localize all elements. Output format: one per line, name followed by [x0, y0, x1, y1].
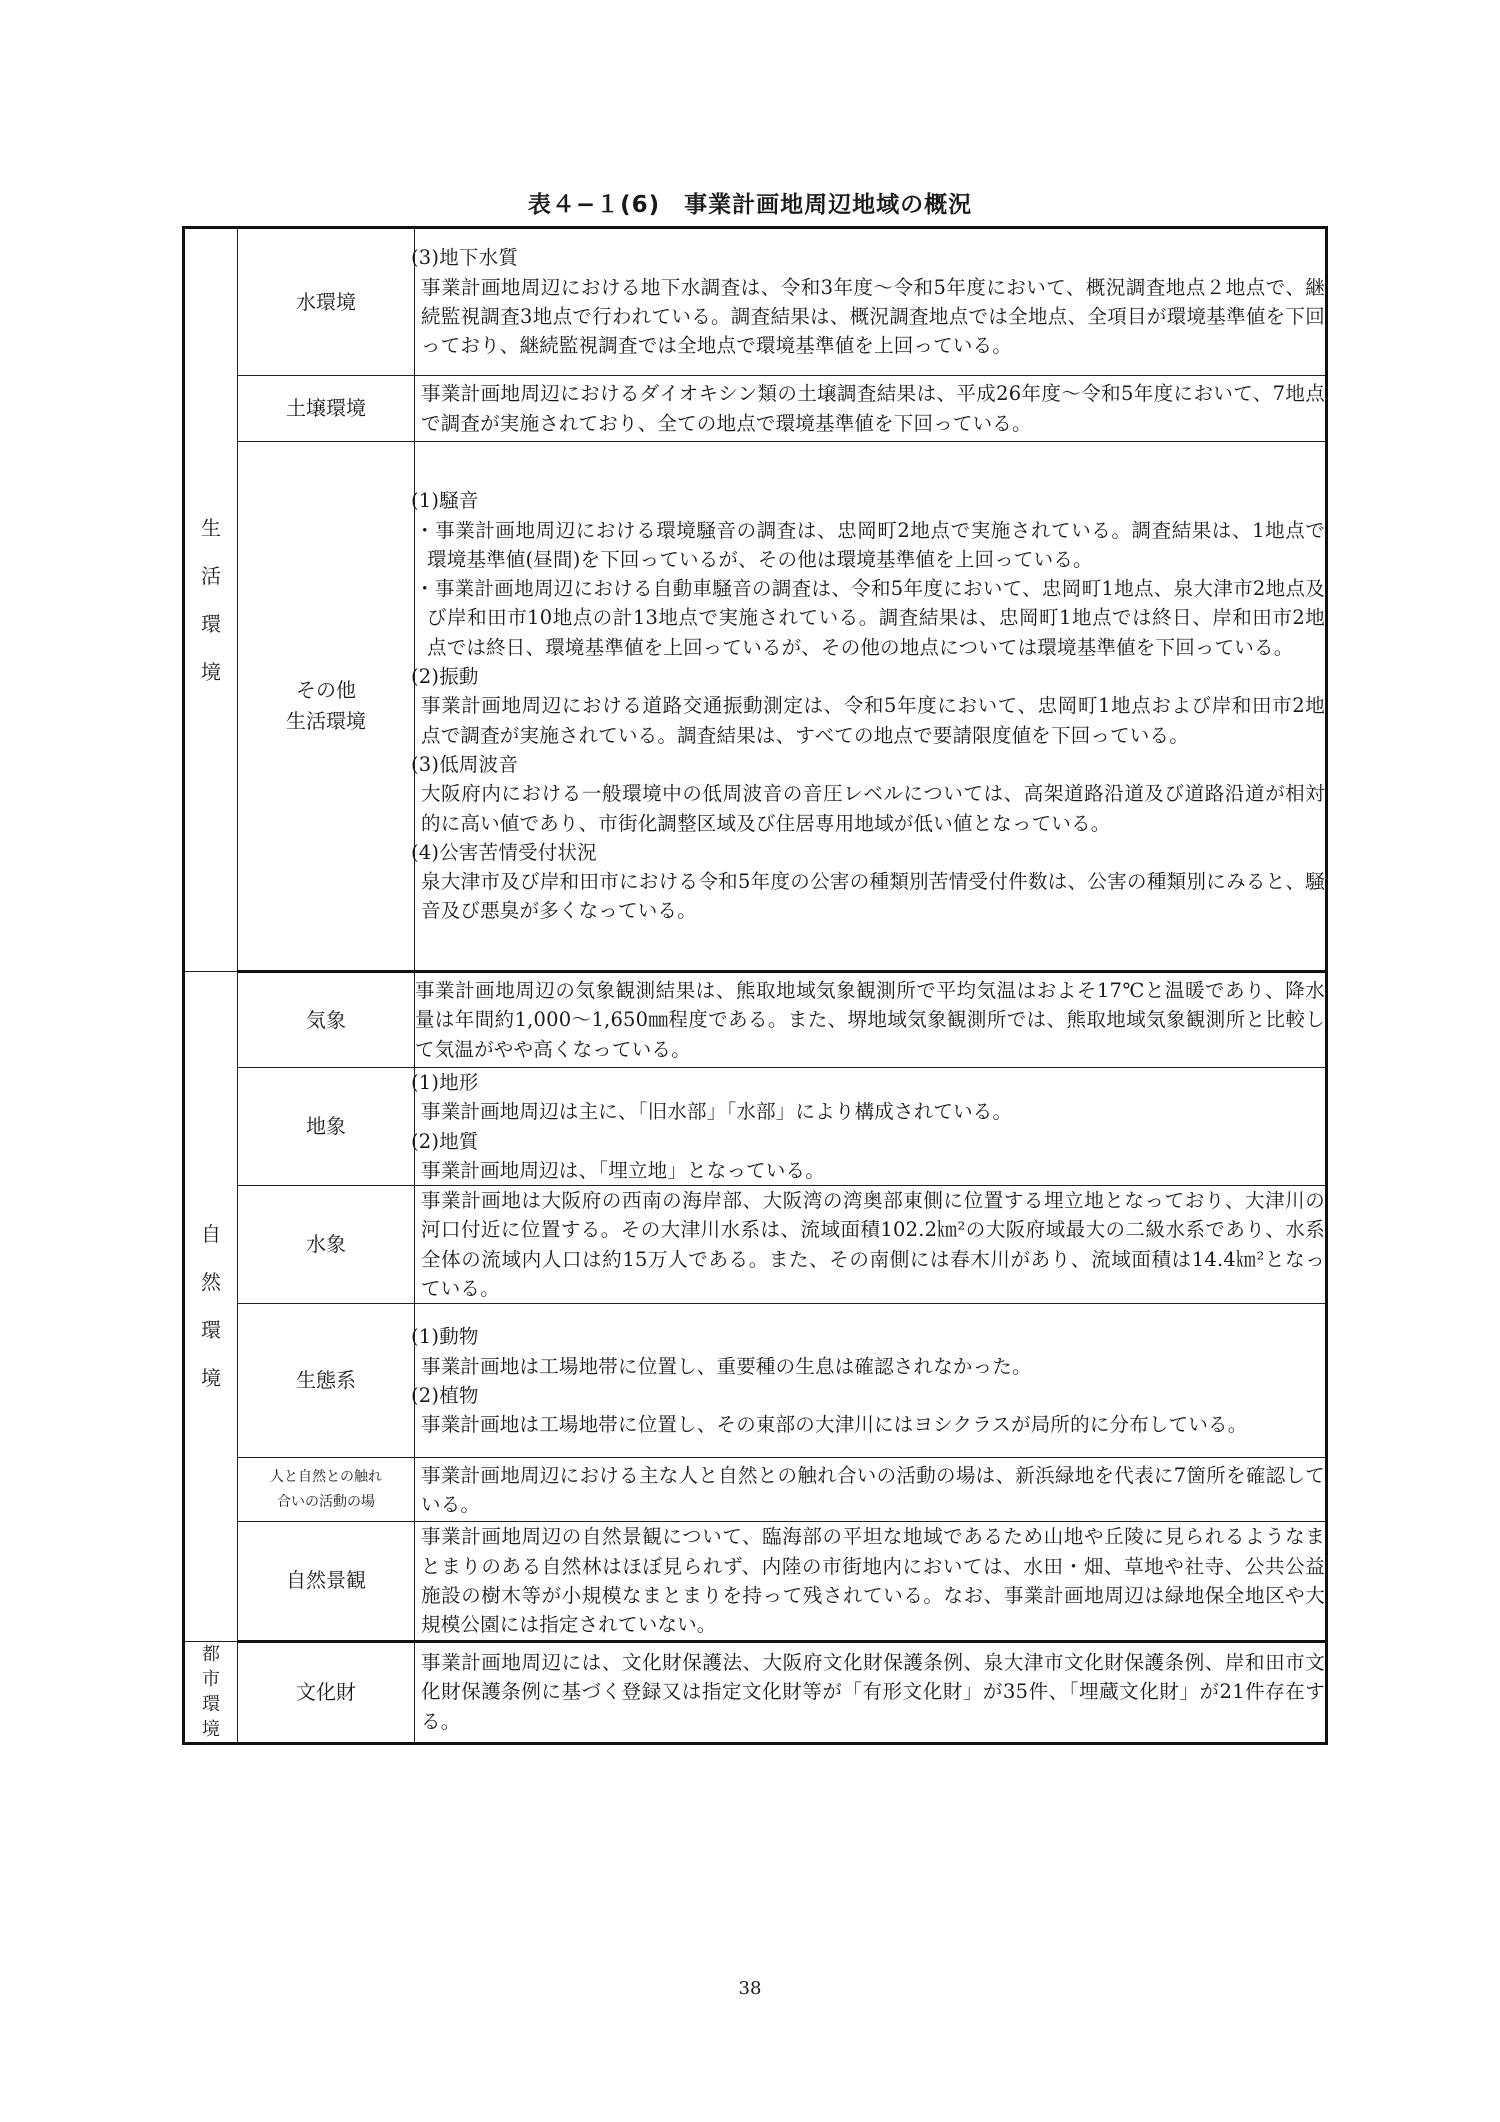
subject-natural-landscape: 自然景観: [238, 1522, 415, 1641]
content-natural-landscape: 事業計画地周辺の自然景観について、臨海部の平坦な地域であるため山地や丘陵に見られ…: [415, 1522, 1327, 1641]
category-char: 生: [185, 504, 237, 552]
category-char: 自: [185, 1210, 237, 1258]
paragraph: 事業計画地は工場地帯に位置し、重要種の生息は確認されなかった。: [415, 1352, 1325, 1381]
paragraph: 事業計画地は工場地帯に位置し、その東部の大津川にはヨシクラスが局所的に分布してい…: [415, 1410, 1325, 1439]
category-char: 境: [185, 1717, 237, 1742]
bullet-item: ・事業計画地周辺における環境騒音の調査は、忠岡町2地点で実施されている。調査結果…: [415, 516, 1325, 575]
table-row-soil-environment: 土壌環境 事業計画地周辺におけるダイオキシン類の土壌調査結果は、平成26年度〜令…: [184, 376, 1327, 442]
category-char: 活: [185, 552, 237, 600]
table-row-cultural-properties: 都 市 環 境 文化財 事業計画地周辺には、文化財保護法、大阪府文化財保護条例、…: [184, 1641, 1327, 1743]
paragraph: 事業計画地は大阪府の西南の海岸部、大阪湾の湾奥部東側に位置する埋立地となっており…: [415, 1186, 1325, 1303]
paragraph: 事業計画地周辺における地下水調査は、令和3年度〜令和5年度において、概況調査地点…: [415, 273, 1325, 361]
table-row-other-living-environment: その他 生活環境 (1)騒音 ・事業計画地周辺における環境騒音の調査は、忠岡町2…: [184, 442, 1327, 972]
table-row-geology: 地象 (1)地形 事業計画地周辺は主に、「旧水部」「水部」により構成されている。…: [184, 1068, 1327, 1186]
category-char: 都: [185, 1642, 237, 1667]
subject-cultural-properties: 文化財: [238, 1641, 415, 1743]
subject-hydrology: 水象: [238, 1186, 415, 1304]
section-heading: (2)地質: [411, 1127, 1325, 1156]
section-heading: (2)植物: [411, 1381, 1325, 1410]
category-living-environment: 生 活 環 境: [184, 228, 238, 972]
content-ecosystem: (1)動物 事業計画地は工場地帯に位置し、重要種の生息は確認されなかった。 (2…: [415, 1304, 1327, 1458]
paragraph: 事業計画地周辺における主な人と自然との触れ合いの活動の場は、新浜緑地を代表に7箇…: [415, 1461, 1325, 1520]
subject-other-living-environment: その他 生活環境: [238, 442, 415, 972]
content-water-environment: (3)地下水質 事業計画地周辺における地下水調査は、令和3年度〜令和5年度におい…: [415, 228, 1327, 376]
content-hydrology: 事業計画地は大阪府の西南の海岸部、大阪湾の湾奥部東側に位置する埋立地となっており…: [415, 1186, 1327, 1304]
section-heading: (1)地形: [411, 1068, 1325, 1097]
category-char: 境: [185, 648, 237, 696]
section-heading: (4)公害苦情受付状況: [411, 838, 1325, 867]
paragraph: 事業計画地周辺の気象観測結果は、熊取地域気象観測所で平均気温はおよそ17℃と温暖…: [415, 976, 1325, 1064]
category-natural-environment: 自 然 環 境: [184, 972, 238, 1642]
content-other-living-environment: (1)騒音 ・事業計画地周辺における環境騒音の調査は、忠岡町2地点で実施されてい…: [415, 442, 1327, 972]
content-geology: (1)地形 事業計画地周辺は主に、「旧水部」「水部」により構成されている。 (2…: [415, 1068, 1327, 1186]
section-heading: (3)低周波音: [411, 750, 1325, 779]
table-row-natural-landscape: 自然景観 事業計画地周辺の自然景観について、臨海部の平坦な地域であるため山地や丘…: [184, 1522, 1327, 1641]
category-char: 環: [185, 1306, 237, 1354]
subject-geology: 地象: [238, 1068, 415, 1186]
subject-line: 生活環境: [238, 706, 414, 737]
content-nature-interaction: 事業計画地周辺における主な人と自然との触れ合いの活動の場は、新浜緑地を代表に7箇…: [415, 1458, 1327, 1522]
paragraph: 事業計画地周辺は、「埋立地」となっている。: [415, 1156, 1325, 1185]
content-cultural-properties: 事業計画地周辺には、文化財保護法、大阪府文化財保護条例、泉大津市文化財保護条例、…: [415, 1641, 1327, 1743]
category-char: 境: [185, 1354, 237, 1402]
paragraph: 事業計画地周辺におけるダイオキシン類の土壌調査結果は、平成26年度〜令和5年度に…: [415, 379, 1325, 438]
paragraph: 大阪府内における一般環境中の低周波音の音圧レベルについては、高架道路沿道及び道路…: [415, 779, 1325, 838]
section-heading: (3)地下水質: [411, 243, 1325, 272]
content-weather: 事業計画地周辺の気象観測結果は、熊取地域気象観測所で平均気温はおよそ17℃と温暖…: [415, 972, 1327, 1068]
bullet-item: ・事業計画地周辺における自動車騒音の調査は、令和5年度において、忠岡町1地点、泉…: [415, 574, 1325, 662]
section-heading: (2)振動: [411, 662, 1325, 691]
subject-line: その他: [238, 675, 414, 706]
category-char: 然: [185, 1258, 237, 1306]
paragraph: 事業計画地周辺には、文化財保護法、大阪府文化財保護条例、泉大津市文化財保護条例、…: [415, 1648, 1325, 1736]
section-heading: (1)騒音: [411, 486, 1325, 515]
category-urban-environment: 都 市 環 境: [184, 1641, 238, 1743]
table-row-ecosystem: 生態系 (1)動物 事業計画地は工場地帯に位置し、重要種の生息は確認されなかった…: [184, 1304, 1327, 1458]
content-soil-environment: 事業計画地周辺におけるダイオキシン類の土壌調査結果は、平成26年度〜令和5年度に…: [415, 376, 1327, 442]
category-char: 環: [185, 600, 237, 648]
subject-nature-interaction: 人と自然との触れ 合いの活動の場: [238, 1458, 415, 1522]
subject-soil-environment: 土壌環境: [238, 376, 415, 442]
paragraph: 事業計画地周辺は主に、「旧水部」「水部」により構成されている。: [415, 1097, 1325, 1126]
overview-table: 生 活 環 境 水環境 (3)地下水質 事業計画地周辺における地下水調査は、令和…: [182, 226, 1328, 1745]
section-heading: (1)動物: [411, 1322, 1325, 1351]
paragraph: 事業計画地周辺の自然景観について、臨海部の平坦な地域であるため山地や丘陵に見られ…: [415, 1522, 1325, 1639]
subject-water-environment: 水環境: [238, 228, 415, 376]
subject-ecosystem: 生態系: [238, 1304, 415, 1458]
subject-weather: 気象: [238, 972, 415, 1068]
table-row-weather: 自 然 環 境 気象 事業計画地周辺の気象観測結果は、熊取地域気象観測所で平均気…: [184, 972, 1327, 1068]
paragraph: 事業計画地周辺における道路交通振動測定は、令和5年度において、忠岡町1地点および…: [415, 691, 1325, 750]
subject-line: 人と自然との触れ: [238, 1465, 414, 1490]
table-row-hydrology: 水象 事業計画地は大阪府の西南の海岸部、大阪湾の湾奥部東側に位置する埋立地となっ…: [184, 1186, 1327, 1304]
category-char: 市: [185, 1667, 237, 1692]
table-row-water-environment: 生 活 環 境 水環境 (3)地下水質 事業計画地周辺における地下水調査は、令和…: [184, 228, 1327, 376]
category-char: 環: [185, 1692, 237, 1717]
paragraph: 泉大津市及び岸和田市における令和5年度の公害の種類別苦情受付件数は、公害の種類別…: [415, 867, 1325, 926]
table-title: 表４−１(6) 事業計画地周辺地域の概況: [0, 186, 1500, 219]
table-row-nature-interaction: 人と自然との触れ 合いの活動の場 事業計画地周辺における主な人と自然との触れ合い…: [184, 1458, 1327, 1522]
subject-line: 合いの活動の場: [238, 1490, 414, 1515]
page-number: 38: [0, 1978, 1500, 1999]
